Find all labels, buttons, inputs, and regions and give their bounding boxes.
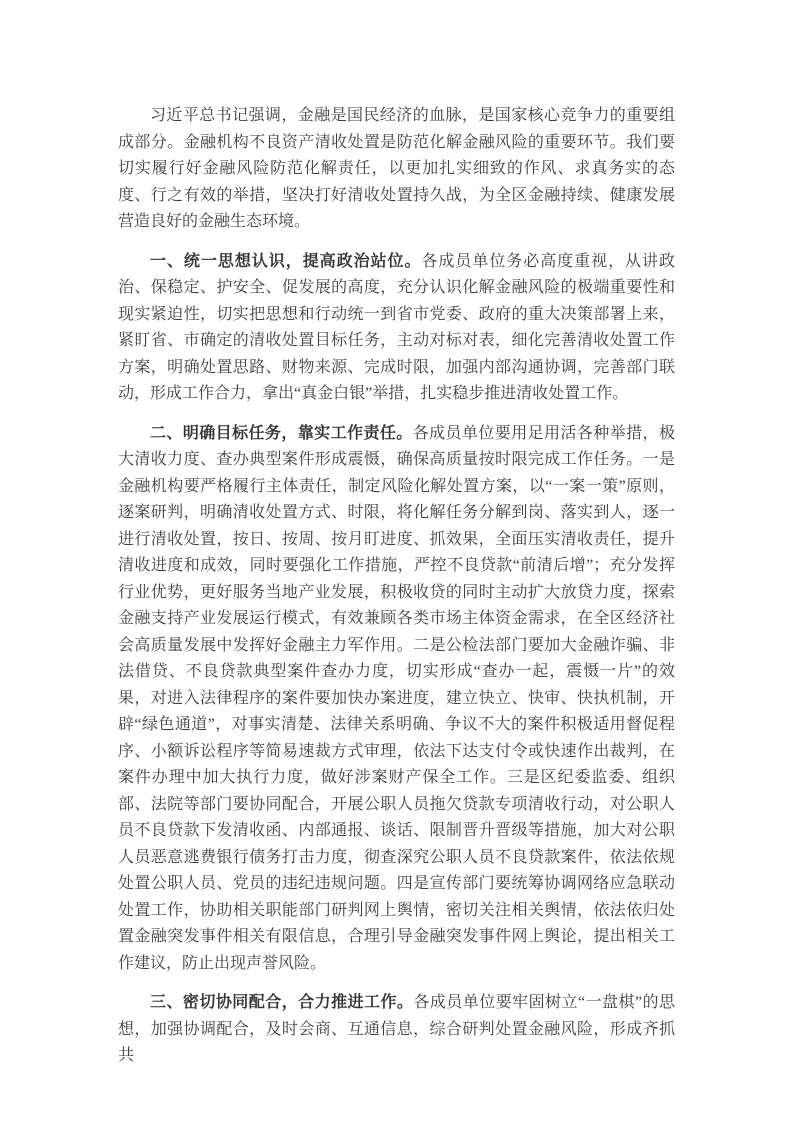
section-heading: 三、密切协同配合，合力推进工作。 — [150, 994, 413, 1011]
paragraph-text: 各成员单位要用足用活各种举措，极大清收力度、查办典型案件形成震慑，确保高质量按时… — [118, 425, 675, 972]
section-heading: 二、明确目标任务，靠实工作责任。 — [150, 425, 413, 442]
document-page: 习近平总书记强调，金融是国民经济的血脉，是国家核心竞争力的重要组成部分。金融机构… — [0, 0, 793, 1122]
paragraph-text: 各成员单位务必高度重视，从讲政治、保稳定、护安全、促发展的高度，充分认识化解金融… — [118, 253, 675, 403]
paragraph-section-2: 二、明确目标任务，靠实工作责任。各成员单位要用足用活各种举措，极大清收力度、查办… — [118, 421, 675, 978]
paragraph-section-3: 三、密切协同配合，合力推进工作。各成员单位要牢固树立“一盘棋”的思想，加强协调配… — [118, 990, 675, 1070]
paragraph-intro: 习近平总书记强调，金融是国民经济的血脉，是国家核心竞争力的重要组成部分。金融机构… — [118, 103, 675, 236]
paragraph-section-1: 一、统一思想认识，提高政治站位。各成员单位务必高度重视，从讲政治、保稳定、护安全… — [118, 249, 675, 408]
section-heading: 一、统一思想认识，提高政治站位。 — [150, 253, 421, 270]
paragraph-text: 习近平总书记强调，金融是国民经济的血脉，是国家核心竞争力的重要组成部分。金融机构… — [118, 107, 675, 230]
